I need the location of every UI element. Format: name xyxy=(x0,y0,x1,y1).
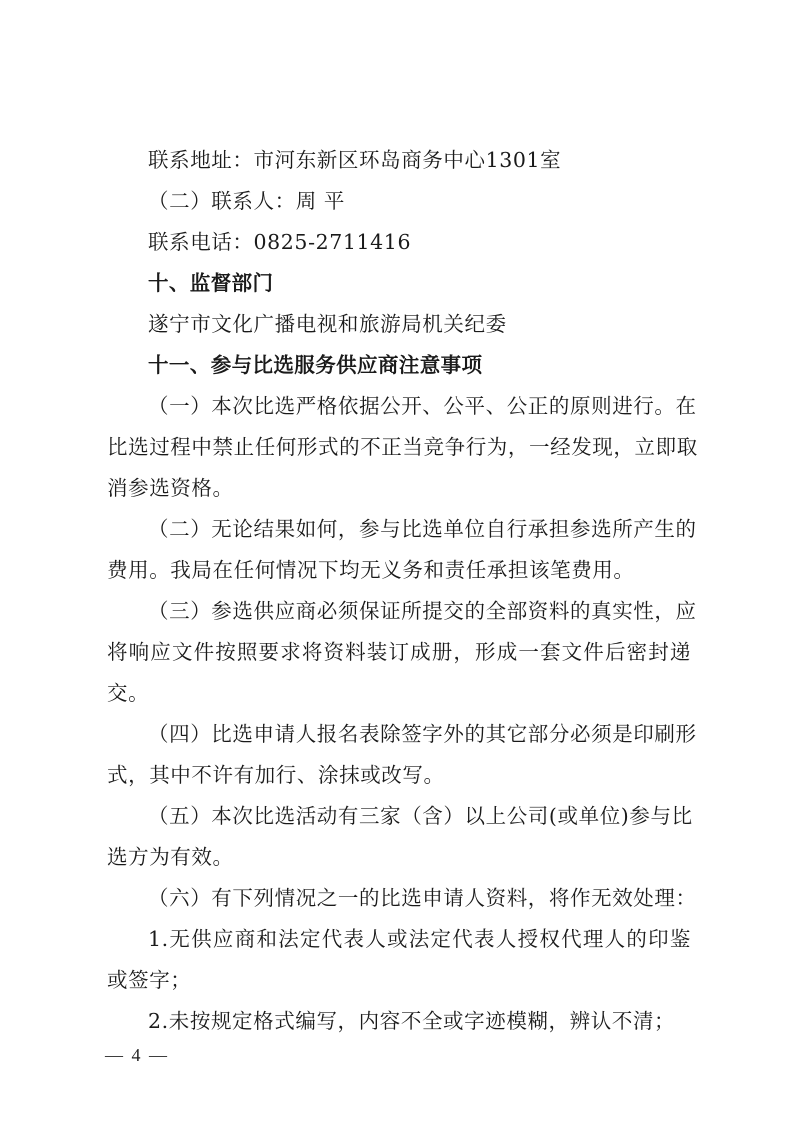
text-line: 2.未按规定格式编写，内容不全或字迹模糊，辨认不清； xyxy=(148,1006,691,1036)
text-line: 比选过程中禁止任何形式的不正当竞争行为，一经发现，立即取 xyxy=(107,432,691,462)
text-line: 1.无供应商和法定代表人或法定代表人授权代理人的印鉴 xyxy=(148,924,691,954)
text-line: 将响应文件按照要求将资料装订成册，形成一套文件后密封递 xyxy=(107,637,691,667)
text-line: （一）本次比选严格依据公开、公平、公正的原则进行。在 xyxy=(148,391,691,421)
text-line: 或签字； xyxy=(107,965,691,995)
text-line: 选方为有效。 xyxy=(107,842,691,872)
section-heading: 十一、参与比选服务供应商注意事项 xyxy=(148,350,691,380)
text-line: 遂宁市文化广播电视和旅游局机关纪委 xyxy=(148,309,691,339)
text-line: （五）本次比选活动有三家（含）以上公司(或单位)参与比 xyxy=(148,801,691,831)
page-number: — 4 — xyxy=(105,1043,169,1067)
text-line: （二）无论结果如何，参与比选单位自行承担参选所产生的 xyxy=(148,514,691,544)
section-heading: 十、监督部门 xyxy=(148,268,691,298)
document-page: 联系地址：市河东新区环岛商务中心1301室 （二）联系人：周 平 联系电话：08… xyxy=(0,0,793,1122)
text-line: （二）联系人：周 平 xyxy=(148,186,691,216)
text-line: 费用。我局在任何情况下均无义务和责任承担该笔费用。 xyxy=(107,555,691,585)
text-line: 联系地址：市河东新区环岛商务中心1301室 xyxy=(148,145,691,175)
text-line: （三）参选供应商必须保证所提交的全部资料的真实性，应 xyxy=(148,596,691,626)
text-line: 式，其中不许有加行、涂抹或改写。 xyxy=(107,760,691,790)
text-line: （四）比选申请人报名表除签字外的其它部分必须是印刷形 xyxy=(148,719,691,749)
text-line: 消参选资格。 xyxy=(107,473,691,503)
text-line: 交。 xyxy=(107,678,691,708)
text-line: （六）有下列情况之一的比选申请人资料，将作无效处理： xyxy=(148,883,691,913)
text-line: 联系电话：0825-2711416 xyxy=(148,227,691,257)
